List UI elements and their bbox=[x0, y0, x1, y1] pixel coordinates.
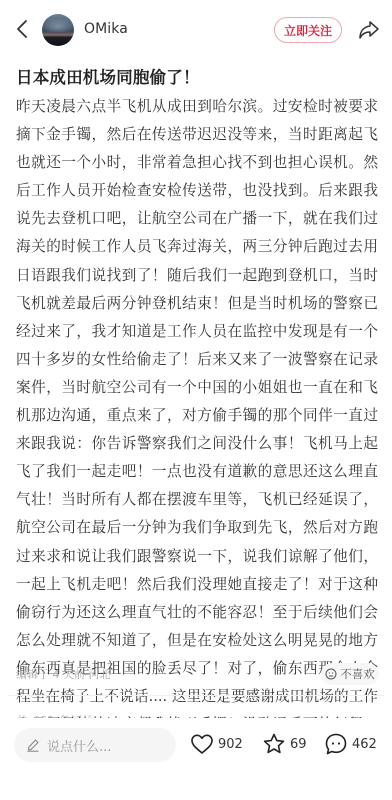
follow-button[interactable]: 立即关注 bbox=[274, 17, 342, 43]
back-button[interactable] bbox=[14, 17, 30, 41]
dislike-label: 不喜欢 bbox=[340, 666, 375, 682]
share-arrow-icon bbox=[358, 19, 380, 41]
header-bar: OMika 立即关注 bbox=[0, 0, 392, 56]
chat-bubble-icon bbox=[324, 732, 348, 756]
share-button[interactable] bbox=[358, 19, 380, 41]
post-meta: 编辑于 4 天前 河北 bbox=[16, 666, 111, 682]
like-button[interactable]: 902 bbox=[190, 730, 243, 758]
comment-placeholder: 说点什么... bbox=[47, 736, 111, 755]
comment-input[interactable]: 说点什么... bbox=[14, 728, 176, 762]
divider bbox=[8, 695, 384, 696]
post-body: 昨天凌晨六点半飞机从成田到哈尔滨。过安检时被要求摘下金手镯，然后在传送带迟迟没等… bbox=[16, 93, 378, 795]
post-detail-page: OMika 立即关注 日本成田机场同胞偷了！ 昨天凌晨六点半飞机从成田到哈尔滨。… bbox=[0, 0, 392, 800]
comment-count: 462 bbox=[352, 737, 377, 752]
like-count: 902 bbox=[218, 737, 243, 752]
dislike-button[interactable]: 不喜欢 bbox=[321, 663, 379, 685]
pencil-icon bbox=[26, 738, 40, 752]
collect-count: 69 bbox=[290, 737, 307, 752]
comment-button[interactable]: 462 bbox=[324, 730, 377, 758]
chevron-left-icon bbox=[16, 19, 28, 39]
frown-face-icon bbox=[325, 668, 337, 680]
bottom-action-bar: 说点什么... 902 69 462 bbox=[0, 718, 392, 800]
heart-icon bbox=[190, 733, 214, 755]
collect-button[interactable]: 69 bbox=[262, 730, 307, 758]
post-title: 日本成田机场同胞偷了！ bbox=[16, 64, 376, 88]
author-name[interactable]: OMika bbox=[84, 21, 128, 37]
author-avatar[interactable] bbox=[42, 14, 74, 46]
star-icon bbox=[262, 732, 286, 756]
